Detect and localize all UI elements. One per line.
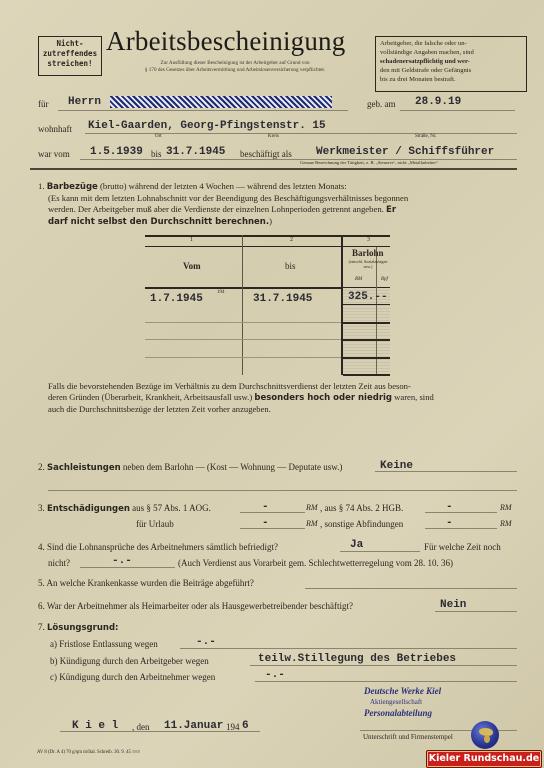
legal-subtitle: Zur Ausfüllung dieser Bescheinigung ist … <box>104 60 366 74</box>
section-6-value: Nein <box>440 599 466 611</box>
row-vom: 1.7.1945 <box>150 293 203 305</box>
section-4-value: Ja <box>350 539 363 551</box>
wage-table: 1 2 3 Vom bis Barlohn (einschl. Sozialzu… <box>145 235 390 375</box>
document-page: Nicht- zutreffendes streichen! Arbeitsbe… <box>0 0 544 768</box>
section-divider <box>30 168 517 170</box>
watermark-badge[interactable]: Kieler Rundschau.de <box>426 750 542 768</box>
section-7: 7. Lösungsgrund: <box>38 622 118 633</box>
employed-from-value: 1.5.1939 <box>90 146 143 158</box>
col-header-barlohn: Barlohn <box>352 248 384 258</box>
section-1-note: Falls die bevorstehenden Bezüge im Verhä… <box>48 381 518 415</box>
salutation-value: Herrn <box>68 96 101 108</box>
section-6: 6. War der Arbeitnehmer als Heimarbeiter… <box>38 601 353 611</box>
redacted-name <box>110 96 332 108</box>
residence-value: Kiel-Gaarden, Georg-Pfingstenstr. 15 <box>88 120 326 132</box>
col-header-bis: bis <box>285 261 296 271</box>
document-title: Arbeitsbescheinigung <box>106 26 345 57</box>
row-barlohn: 325.-- <box>348 291 388 303</box>
residence-label: wohnhaft <box>38 124 72 134</box>
strike-notice-box: Nicht- zutreffendes streichen! <box>38 36 102 76</box>
employed-from-label: war vom <box>38 149 70 159</box>
employed-to-value: 31.7.1945 <box>166 146 225 158</box>
form-code: AV 8 (Dr. A 4) 70 g/qm m/Ital. Schreib. … <box>37 750 140 755</box>
row-bis: 31.7.1945 <box>253 293 312 305</box>
col-header-vom: Vom <box>183 261 201 271</box>
section-2: 2. Sachleistungen neben dem Barlohn — (K… <box>38 462 342 473</box>
birth-date-value: 28.9.19 <box>415 96 461 108</box>
penalty-warning-box: Arbeitgeber, die falsche oder un- vollst… <box>375 36 527 92</box>
job-title-value: Werkmeister / Schiffsführer <box>316 146 494 158</box>
termination-reason-value: teilw.Stillegung des Betriebes <box>258 653 456 665</box>
fuer-label: für <box>38 99 49 109</box>
birth-date-label: geb. am <box>367 99 396 109</box>
section-5: 5. An welche Krankenkasse wurden die Bei… <box>38 578 254 588</box>
section-1-text: 1. Barbezüge (brutto) während der letzte… <box>38 181 518 228</box>
section-4: 4. Sind die Lohnansprüche des Arbeitnehm… <box>38 542 278 552</box>
globe-icon <box>471 721 499 749</box>
section-3: 3. Entschädigungen aus § 57 Abs. 1 AOG. <box>38 503 211 514</box>
signature-label: Unterschrift und Firmenstempel <box>363 733 453 741</box>
company-stamp: Deutsche Werke Kiel Aktiengesellschaft P… <box>364 686 441 719</box>
